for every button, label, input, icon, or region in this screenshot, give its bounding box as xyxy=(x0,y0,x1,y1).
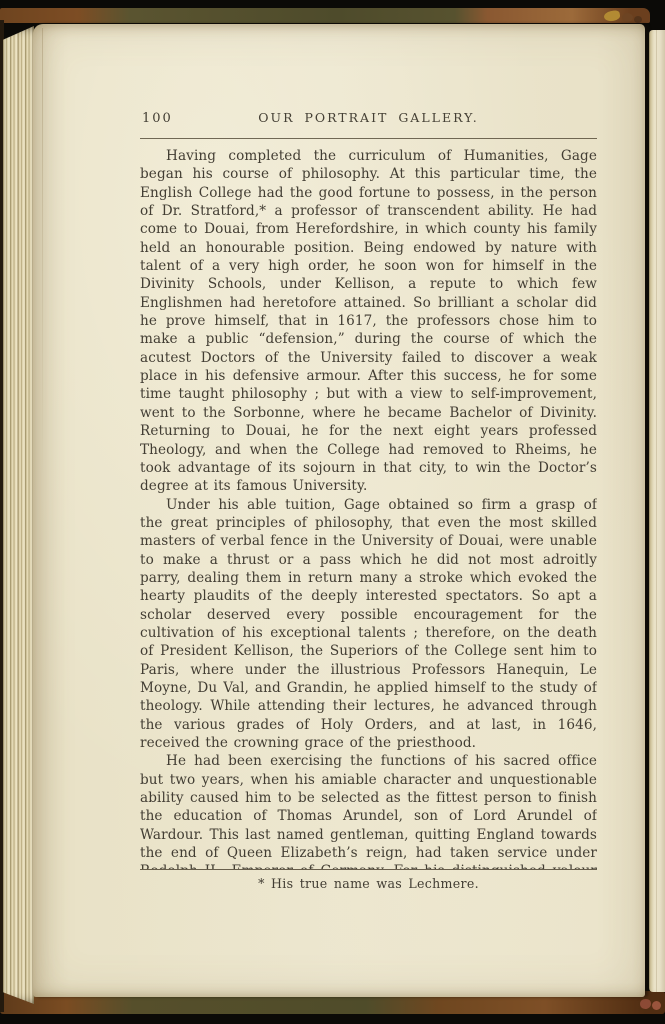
page-content: 100 OUR PORTRAIT GALLERY. Having complet… xyxy=(140,24,597,997)
facing-page-edge xyxy=(649,30,665,992)
header-rule xyxy=(140,138,597,139)
page-header: 100 OUR PORTRAIT GALLERY. xyxy=(140,110,597,127)
footnote-area: * His true name was Lechmere. xyxy=(140,869,597,891)
page-number: 100 xyxy=(142,111,173,126)
paragraph: Having completed the curriculum of Human… xyxy=(140,147,597,496)
cover-corner-fragment xyxy=(634,16,642,23)
cover-corner-fragment xyxy=(622,13,633,22)
footnote-text: * His true name was Lechmere. xyxy=(140,876,597,891)
paragraph: He had been exercising the functions of … xyxy=(140,752,597,869)
footnote-rule xyxy=(140,869,597,870)
book-page: 100 OUR PORTRAIT GALLERY. Having complet… xyxy=(33,24,645,997)
cover-corner-fragment xyxy=(652,1001,661,1010)
running-title: OUR PORTRAIT GALLERY. xyxy=(140,110,597,125)
paragraph: Under his able tuition, Gage obtained so… xyxy=(140,496,597,753)
scanned-book-photo: 100 OUR PORTRAIT GALLERY. Having complet… xyxy=(0,0,665,1024)
book-cover-top-edge xyxy=(0,8,650,23)
body-text: Having completed the curriculum of Human… xyxy=(140,147,597,869)
left-page-stack-edges xyxy=(3,26,34,1004)
